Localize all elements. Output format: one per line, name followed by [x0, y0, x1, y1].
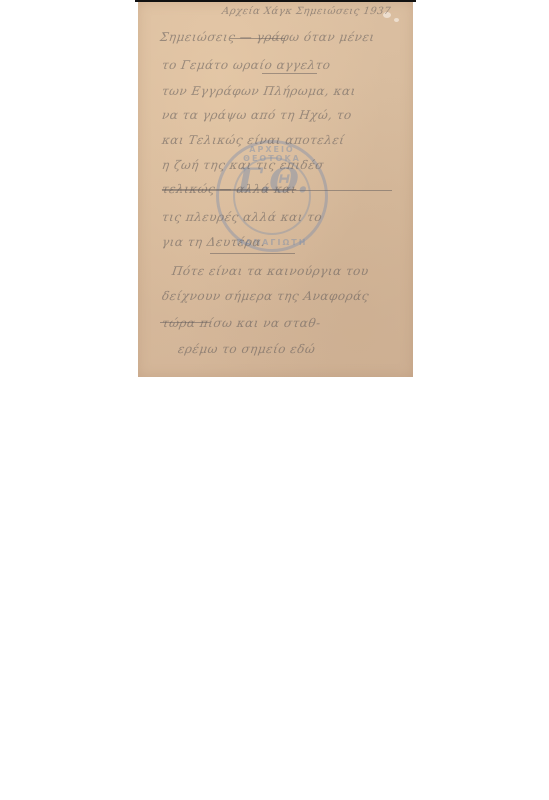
paper-stain [394, 18, 399, 22]
handwriting-line-6: η ζωή της και τις επιδέσ [161, 158, 325, 172]
strikethrough-mark [230, 38, 285, 39]
handwriting-line-7: τελικώς — αλλά και [161, 182, 297, 196]
handwriting-line-5: και Τελικώς είναι αποτελεί [161, 133, 346, 147]
handwriting-line-4: να τα γράψω από τη Ηχώ, το [161, 108, 353, 122]
handwriting-line-11: δείχνουν σήμερα της Αναφοράς [161, 289, 370, 303]
underline-mark [262, 73, 317, 74]
handwriting-line-9: για τη Δευτέρα. [161, 235, 266, 249]
section-divider-line [210, 253, 295, 254]
strikethrough-mark [160, 322, 210, 323]
handwriting-line-1: Σημειώσεις — γράφω όταν μένει [159, 30, 376, 44]
handwriting-line-8: τις πλευρές αλλά και το [161, 210, 323, 224]
handwriting-line-13: ερέμω το σημείο εδώ [177, 342, 316, 356]
horizontal-fold-line [162, 190, 392, 191]
handwriting-line-2: το Γεμάτο ωραίο αγγελτο [161, 58, 332, 72]
handwriting-line-12: τώρα πίσω και να σταθ- [161, 316, 322, 330]
header-note: Αρχεία Χάγκ Σημειώσεις 1937 [221, 6, 391, 17]
handwriting-line-10: Πότε είναι τα καινούργια του [171, 264, 370, 278]
handwriting-line-3: των Εγγράφων Πλήρωμα, και [161, 84, 357, 98]
